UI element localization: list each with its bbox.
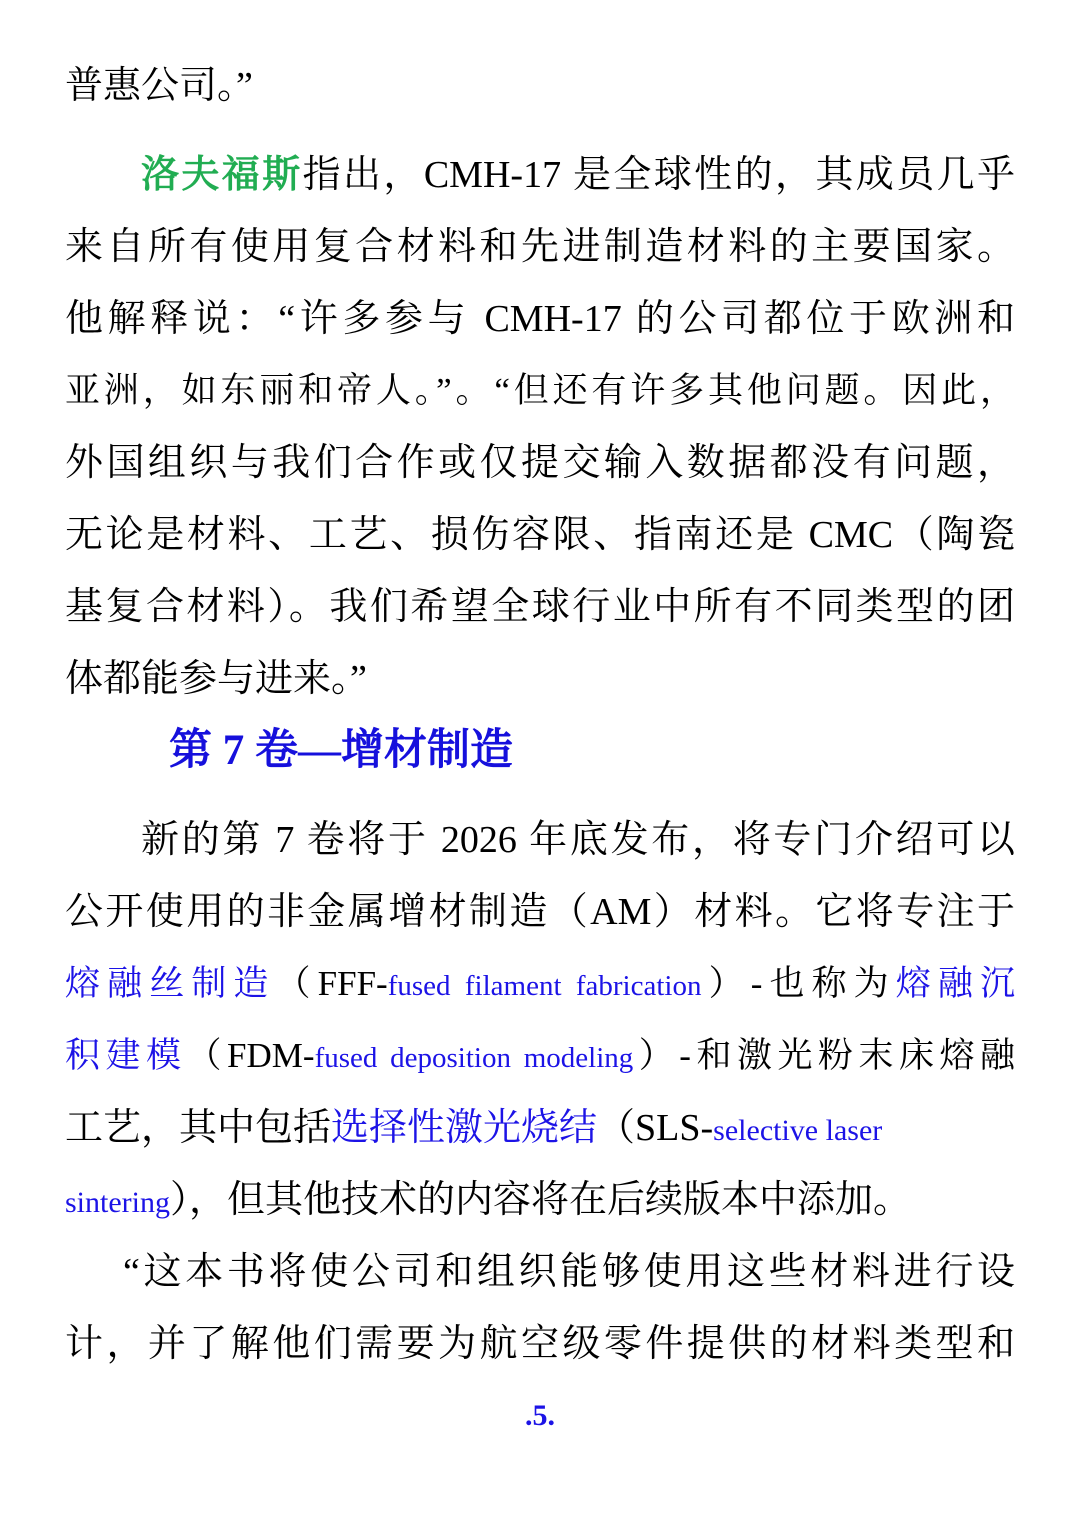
- text-run: 工艺，其中包括: [65, 1107, 331, 1149]
- text-line: 来自所有使用复合材料和先进制造材料的主要国家。: [65, 211, 1015, 283]
- link-text[interactable]: 熔融沉: [896, 964, 1015, 1003]
- text-line: 新的第 7 卷将于 2026 年底发布，将专门介绍可以: [65, 804, 1015, 876]
- text-line: 体都能参与进来。”: [65, 643, 1015, 715]
- text-line: 亚洲，如东丽和帝人。”。“但还有许多其他问题。因此，: [65, 355, 1015, 427]
- text-run: 指出，CMH-17 是全球性的，其成员几乎: [303, 154, 1015, 196]
- highlighted-name: 洛夫福斯: [141, 154, 303, 196]
- text-line: 积建模（FDM-fused deposition modeling）-和激光粉末…: [65, 1020, 1015, 1092]
- link-text[interactable]: selective laser: [713, 1114, 882, 1147]
- link-text[interactable]: 熔融丝制造: [65, 964, 276, 1003]
- text-run: 新的第 7 卷将于 2026 年底发布，将专门介绍可以: [141, 819, 1015, 861]
- text-run: 他解释说：“许多参与 CMH-17 的公司都位于欧洲和: [65, 298, 1015, 340]
- text-run: 来自所有使用复合材料和先进制造材料的主要国家。: [65, 226, 1015, 268]
- text-run: 外国组织与我们合作或仅提交输入数据都没有问题，: [65, 442, 1015, 484]
- text-run: 计，并了解他们需要为航空级零件提供的材料类型和: [65, 1323, 1015, 1365]
- text-line: sintering），但其他技术的内容将在后续版本中添加。: [65, 1164, 1015, 1236]
- text-run: 亚洲，如东丽和帝人。”。“但还有许多其他问题。因此，: [65, 371, 1015, 410]
- text-line: “这本书将使公司和组织能够使用这些材料进行设: [65, 1236, 1015, 1308]
- text-run: 第 7 卷—增材制造: [169, 727, 513, 774]
- text-run: ）-和激光粉末床熔融: [633, 1036, 1015, 1075]
- text-run: （SLS-: [597, 1107, 713, 1149]
- document-page: 普惠公司。”洛夫福斯指出，CMH-17 是全球性的，其成员几乎来自所有使用复合材…: [0, 0, 1080, 1527]
- text-line: 普惠公司。”: [65, 50, 1015, 122]
- text-line: 熔融丝制造（FFF-fused filament fabrication）-也称…: [65, 948, 1015, 1020]
- text-line: 外国组织与我们合作或仅提交输入数据都没有问题，: [65, 427, 1015, 499]
- text-line: 他解释说：“许多参与 CMH-17 的公司都位于欧洲和: [65, 283, 1015, 355]
- text-run: 无论是材料、工艺、损伤容限、指南还是 CMC（陶瓷: [65, 514, 1015, 556]
- text-line: 基复合材料）。我们希望全球行业中所有不同类型的团: [65, 571, 1015, 643]
- text-run: 基复合材料）。我们希望全球行业中所有不同类型的团: [65, 586, 1015, 628]
- link-text[interactable]: fused filament fabrication: [388, 970, 702, 1002]
- text-column: 普惠公司。”洛夫福斯指出，CMH-17 是全球性的，其成员几乎来自所有使用复合材…: [65, 50, 1015, 1380]
- link-text[interactable]: sintering: [65, 1186, 170, 1219]
- text-run: 体都能参与进来。”: [65, 658, 367, 700]
- text-line: 工艺，其中包括选择性激光烧结（SLS-selective laser: [65, 1092, 1015, 1164]
- text-line: 计，并了解他们需要为航空级零件提供的材料类型和: [65, 1308, 1015, 1380]
- text-run: ）-也称为: [701, 964, 895, 1003]
- section-heading: 第 7 卷—增材制造: [65, 715, 1015, 787]
- text-run: 普惠公司。”: [65, 65, 253, 107]
- text-run: “这本书将使公司和组织能够使用这些材料进行设: [123, 1251, 1015, 1293]
- text-run: （FDM-: [187, 1036, 315, 1075]
- link-text[interactable]: 选择性激光烧结: [331, 1107, 597, 1149]
- link-text[interactable]: 积建模: [65, 1036, 187, 1075]
- text-line: 无论是材料、工艺、损伤容限、指南还是 CMC（陶瓷: [65, 499, 1015, 571]
- page-number: .5.: [65, 1396, 1015, 1436]
- text-line: 公开使用的非金属增材制造（AM）材料。它将专注于: [65, 876, 1015, 948]
- text-run: 公开使用的非金属增材制造（AM）材料。它将专注于: [65, 891, 1015, 933]
- link-text[interactable]: fused deposition modeling: [315, 1042, 634, 1074]
- text-run: ），但其他技术的内容将在后续版本中添加。: [170, 1179, 911, 1221]
- text-run: （FFF-: [276, 964, 388, 1003]
- text-line: 洛夫福斯指出，CMH-17 是全球性的，其成员几乎: [65, 139, 1015, 211]
